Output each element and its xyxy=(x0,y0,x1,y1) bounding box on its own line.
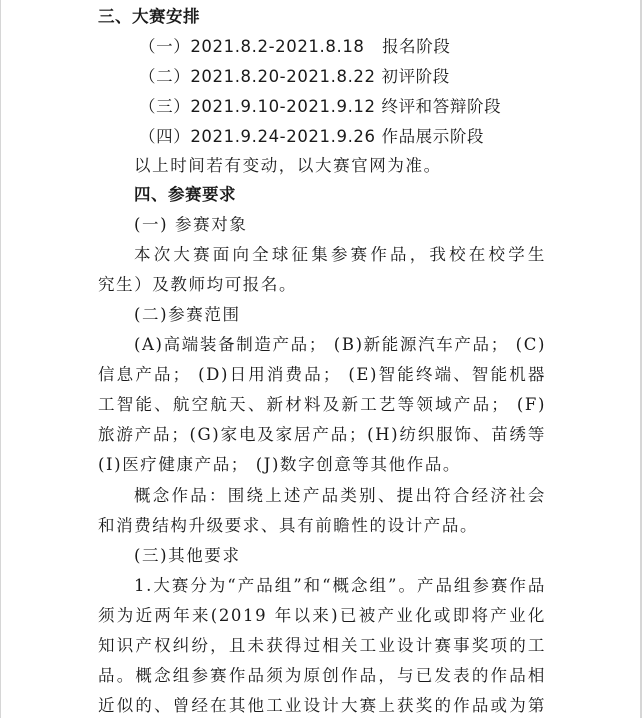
paragraph-line: 须为近两年来(2019 年以来)已被产业化或即将产业化的，无 xyxy=(98,605,546,627)
paragraph-line: 1.大赛分为“产品组”和“概念组”。产品组参赛作品 xyxy=(134,575,546,597)
schedule-label: （三） xyxy=(139,97,190,116)
category-line: 工智能、航空航天、新材料及新工艺等领域产品； (F)文创 xyxy=(98,394,546,416)
subheading-other-requirements: (三)其他要求 xyxy=(134,545,546,567)
schedule-stage: 终评和答辩阶段 xyxy=(381,97,501,116)
schedule-dates: 2021.9.24-2021.9.26 xyxy=(190,127,375,146)
schedule-dates: 2021.9.10-2021.9.12 xyxy=(190,97,375,116)
document-page: 三、大赛安排 （一）2021.8.2-2021.8.18 报名阶段 （二）202… xyxy=(0,0,642,718)
paragraph-line: 本次大赛面向全球征集参赛作品，我校在校学生（含研 xyxy=(134,244,546,266)
schedule-stage: 报名阶段 xyxy=(382,37,450,56)
category-line: (A)高端装备制造产品； (B)新能源汽车产品； (C)电子 xyxy=(134,334,546,356)
subheading-participants: (一) 参赛对象 xyxy=(134,214,546,236)
schedule-label: （四） xyxy=(139,127,190,146)
schedule-stage: 初评阶段 xyxy=(381,67,449,86)
paragraph-line: 知识产权纠纷，且未获得过相关工业设计赛事奖项的工业产 xyxy=(98,635,546,657)
schedule-note: 以上时间若有变动，以大赛官网为准。 xyxy=(134,155,546,177)
schedule-label: （一） xyxy=(139,37,190,56)
section-heading-requirements: 四、参赛要求 xyxy=(134,184,546,206)
section-heading-schedule: 三、大赛安排 xyxy=(98,6,546,28)
paragraph-line: 究生）及教师均可报名。 xyxy=(98,274,546,296)
paragraph-line: 近似的、曾经在其他工业设计大赛上获奖的作品或为第三方 xyxy=(98,695,546,717)
schedule-item-4: （四）2021.9.24-2021.9.26 作品展示阶段 xyxy=(139,126,587,148)
paragraph-line: 品。概念组参赛作品须为原创作品，与已发表的作品相同或 xyxy=(98,665,546,687)
category-line: (I)医疗健康产品； (J)数字创意等其他作品。 xyxy=(98,454,546,476)
category-line: 信息产品； (D)日用消费品； (E)智能终端、智能机器人、人 xyxy=(98,364,546,386)
schedule-item-3: （三）2021.9.10-2021.9.12 终评和答辩阶段 xyxy=(139,96,587,118)
schedule-item-1: （一）2021.8.2-2021.8.18 报名阶段 xyxy=(139,36,587,58)
category-line: 旅游产品；(G)家电及家居产品；(H)纺织服饰、苗绣等产品； xyxy=(98,424,546,446)
concept-line: 和消费结构升级要求、具有前瞻性的设计产品。 xyxy=(98,515,546,537)
schedule-label: （二） xyxy=(139,67,190,86)
schedule-dates: 2021.8.2-2021.8.18 xyxy=(190,37,364,56)
schedule-stage: 作品展示阶段 xyxy=(381,127,484,146)
schedule-dates: 2021.8.20-2021.8.22 xyxy=(190,67,375,86)
subheading-scope: (二)参赛范围 xyxy=(134,304,546,326)
schedule-item-2: （二）2021.8.20-2021.8.22 初评阶段 xyxy=(139,66,587,88)
concept-line: 概念作品：围绕上述产品类别、提出符合经济社会发展 xyxy=(134,485,546,507)
